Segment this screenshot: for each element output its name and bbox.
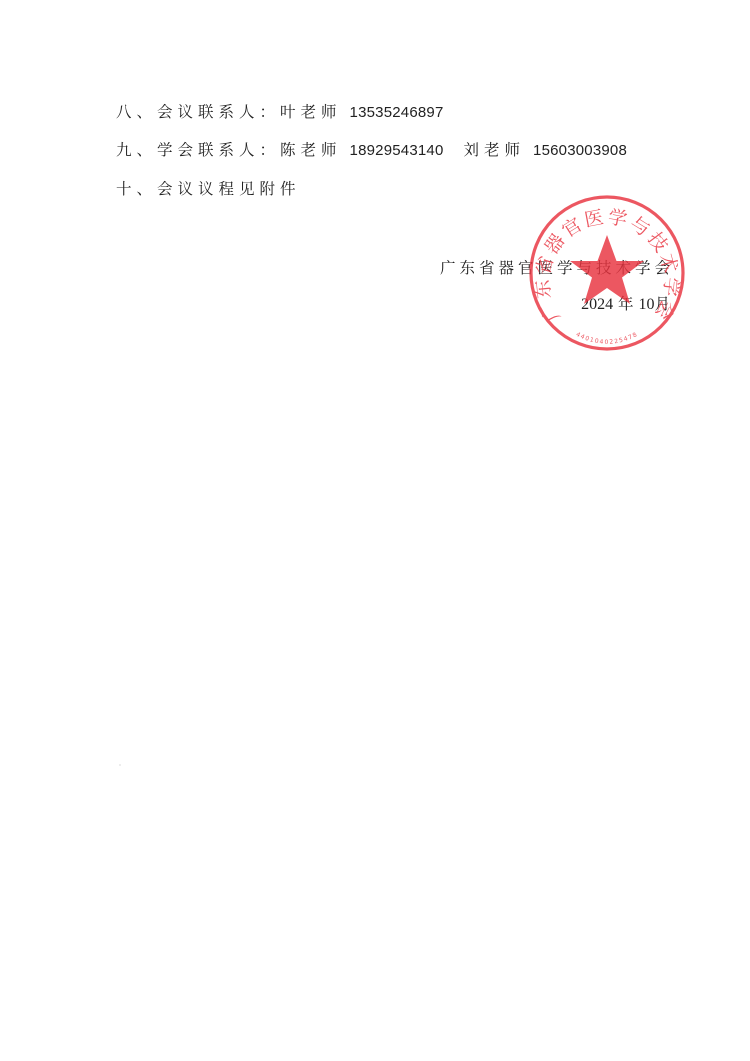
item-label: 学会联系人： [157,141,280,159]
scan-speck [119,764,121,766]
svg-text:4401040225478: 4401040225478 [575,331,640,346]
contact-name: 刘老师 [464,141,526,159]
item-label: 会议议程见附件 [157,180,301,198]
document-page: 八、会议联系人：叶老师13535246897 九、学会联系人：陈老师189295… [0,0,750,1061]
contact-phone: 13535246897 [350,104,444,121]
contact-phone: 18929543140 [350,142,444,159]
date-month-unit: 月 [654,295,670,313]
date-year: 2024 [581,296,613,313]
agenda-line: 十、会议议程见附件 [116,179,301,199]
date-year-unit: 年 [618,295,634,313]
item-index: 十、 [116,180,157,198]
signature-date: 2024 年 10月 [581,294,670,315]
date-month: 10 [638,296,654,313]
contact-name: 叶老师 [280,103,342,121]
contact-name: 陈老师 [280,141,342,159]
contact-phone: 15603003908 [533,142,627,159]
seal-code: 4401040225478 [575,331,640,346]
item-index: 九、 [116,141,157,159]
contact-line-society: 九、学会联系人：陈老师18929543140刘老师15603003908 [116,140,627,161]
item-label: 会议联系人： [157,103,280,121]
item-index: 八、 [116,103,157,121]
signature-organization: 广东省器官医学与技术学会 [440,258,674,278]
contact-line-meeting: 八、会议联系人：叶老师13535246897 [116,102,444,123]
